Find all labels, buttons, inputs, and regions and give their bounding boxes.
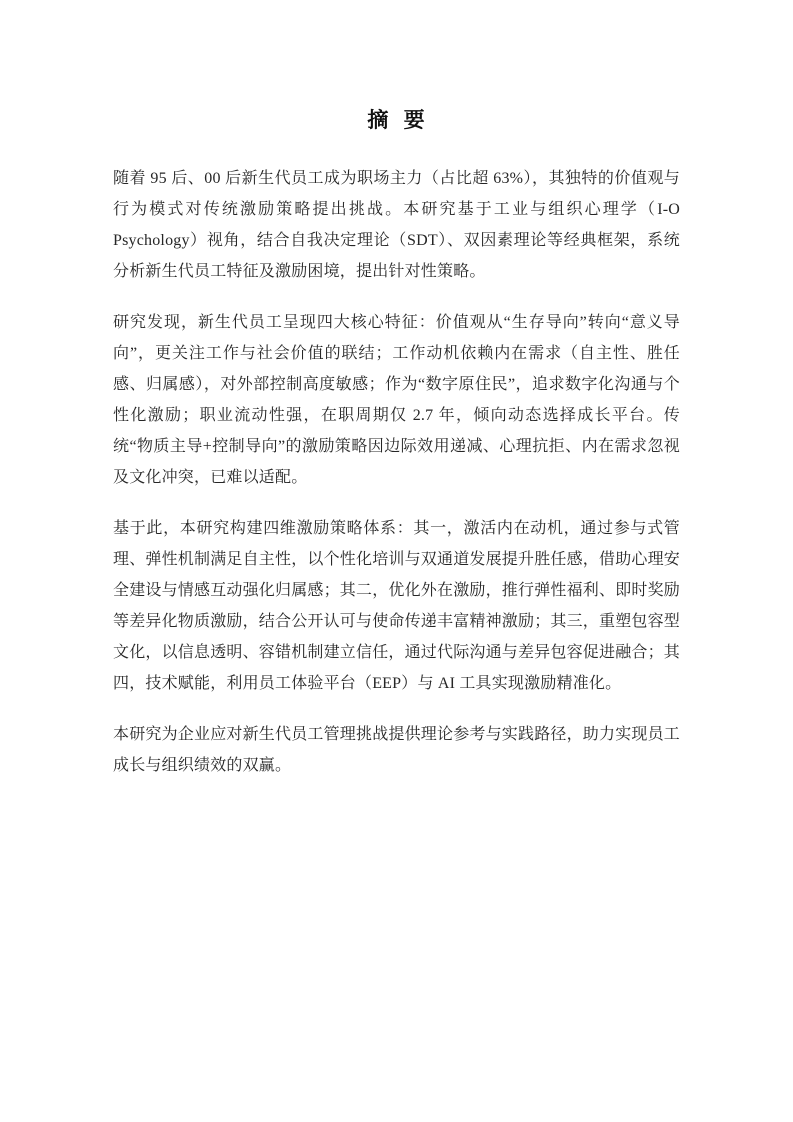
abstract-paragraph-3: 基于此，本研究构建四维激励策略体系：其一，激活内在动机，通过参与式管理、弹性机制… [113,513,680,699]
abstract-paragraph-1: 随着 95 后、00 后新生代员工成为职场主力（占比超 63%），其独特的价值观… [113,163,680,287]
abstract-paragraph-2: 研究发现，新生代员工呈现四大核心特征：价值观从“生存导向”转向“意义导向”，更关… [113,307,680,493]
abstract-title: 摘 要 [113,106,680,134]
abstract-content: 摘 要 随着 95 后、00 后新生代员工成为职场主力（占比超 63%），其独特… [113,0,680,781]
document-page: 摘 要 随着 95 后、00 后新生代员工成为职场主力（占比超 63%），其独特… [0,0,793,1122]
abstract-paragraph-4: 本研究为企业应对新生代员工管理挑战提供理论参考与实践路径，助力实现员工成长与组织… [113,719,680,781]
